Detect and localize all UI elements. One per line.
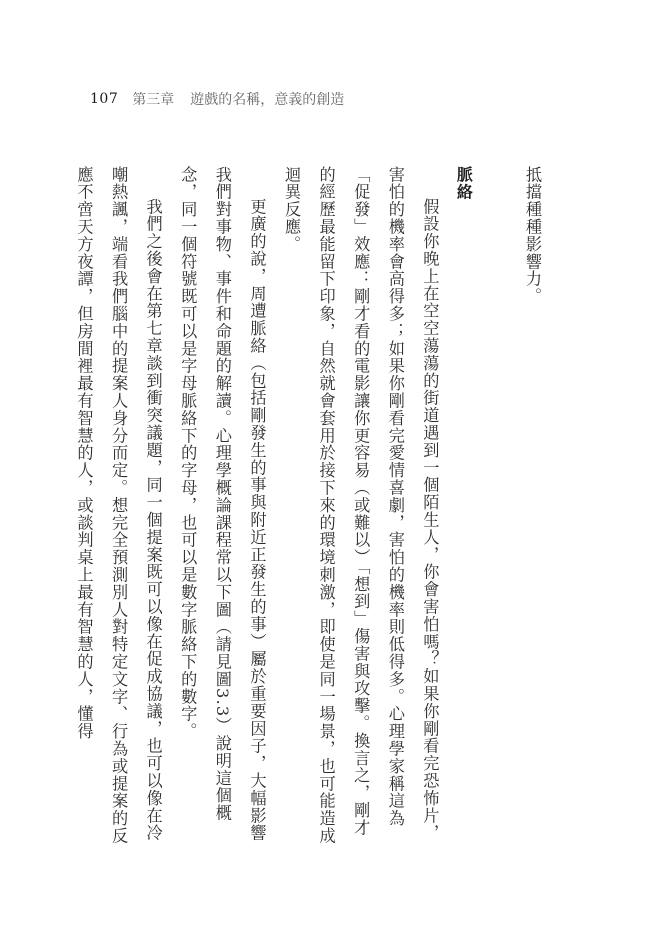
chapter-label: 第三章 <box>132 89 174 109</box>
chapter-title: 遊戲的名稱，意義的創造 <box>190 89 344 109</box>
paragraph: 假設你晚上在空空蕩蕩的街道遇到一個陌生人，你會害怕嗎？如果你剛看完恐怖片，害怕的… <box>273 166 446 846</box>
vertical-body-text: 抵擋種種影響力。 脈絡 假設你晚上在空空蕩蕩的街道遇到一個陌生人，你會害怕嗎？如… <box>66 166 549 846</box>
spacer <box>480 166 514 846</box>
running-header: 107 第三章 遊戲的名稱，意義的創造 <box>90 89 344 109</box>
paragraph: 更廣的說，周遭脈絡（包括剛發生的事與附近正發生的事）屬於重要因子，大幅影響我們對… <box>170 166 274 846</box>
continuation-paragraph: 抵擋種種影響力。 <box>514 166 549 846</box>
section-heading: 脈絡 <box>446 166 480 846</box>
page-number: 107 <box>90 91 118 107</box>
paragraph: 我們之後會在第七章談到衝突議題，同一個提案既可以像在促成協議，也可以像在冷嘲熱諷… <box>66 166 170 846</box>
